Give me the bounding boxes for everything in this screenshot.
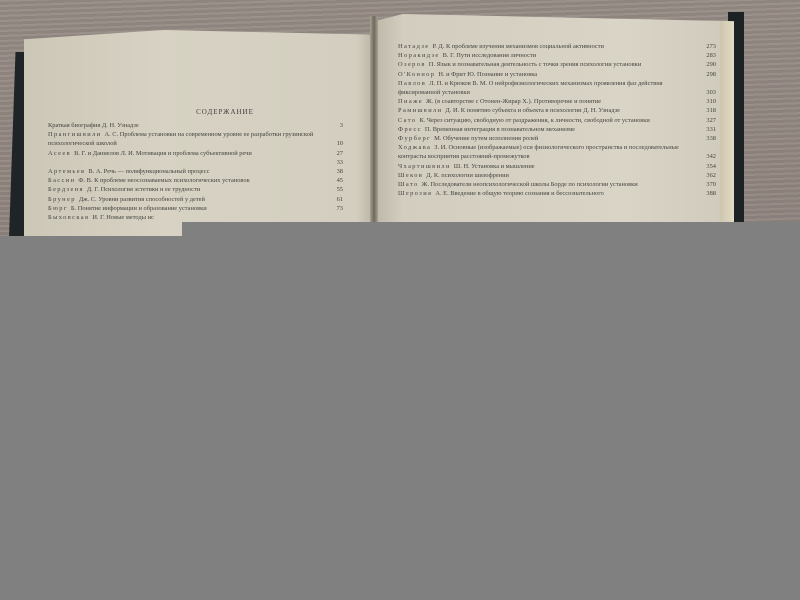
- toc-entry-page: 388: [700, 189, 716, 198]
- toc-entry-page: 331: [700, 125, 716, 134]
- toc-entry-page: 338: [700, 134, 716, 143]
- toc-entry-text: О'Коннор Н. и Фрит Ю. Познание и установ…: [398, 70, 700, 79]
- toc-entry-page: 298: [700, 70, 716, 79]
- toc-entry: Фурберг М. Обучение путем исполнения рол…: [398, 134, 716, 143]
- toc-entry-page: 303: [700, 88, 716, 97]
- toc-entry-text: Сато К. Через ситуацию, свободную от раз…: [398, 116, 700, 125]
- toc-entry-text: Быховская И. Г. Новые методы ис: [48, 213, 327, 222]
- toc-entry-author: Фурберг: [398, 135, 434, 142]
- toc-entry-author: Шерозия: [398, 190, 435, 197]
- toc-entry-page: 273: [700, 42, 716, 51]
- toc-entry-author: Ходжава: [398, 144, 434, 151]
- toc-entry-author: Павлов: [398, 80, 429, 87]
- toc-entry: Натадзе Р. Д. К проблеме изучения механи…: [398, 42, 716, 51]
- toc-entry: Норакидзе В. Г. Пути исследования личнос…: [398, 51, 716, 60]
- toc-entry: Бердзеня Д. Г. Психология эстетики и ее …: [48, 185, 343, 194]
- toc-entry-author: О'Коннор: [398, 71, 438, 78]
- toc-entry-page: 362: [700, 171, 716, 180]
- toc-entry: Бюрг Б. Понятие информации и образование…: [48, 204, 343, 213]
- toc-entry-author: Норакидзе: [398, 52, 443, 59]
- toc-entry-text: Брунер Дж. С. Уровни развития способност…: [48, 195, 327, 204]
- toc-entry: Чхартишвили Ш. Н. Установка и мышление35…: [398, 162, 716, 171]
- toc-entry-text: Павлов Л. П. и Крюков В. М. О нейрофизио…: [398, 79, 700, 97]
- gray-overlay-block: [0, 236, 800, 600]
- toc-entry-page: 370: [700, 180, 716, 189]
- toc-entry-text: Прангишвили А. С. Проблема установки на …: [48, 130, 327, 148]
- toc-entry-page: 10: [327, 139, 343, 148]
- toc-entry: Шеков Д. К. психологии шизофрении362: [398, 171, 716, 180]
- toc-entry-page: 38: [327, 167, 343, 176]
- toc-entry: Павлов Л. П. и Крюков В. М. О нейрофизио…: [398, 79, 716, 97]
- toc-entry-page: 73: [327, 204, 343, 213]
- toc-entry-text: Асеев В. Г. и Даниелов Л. И. Мотивация и…: [48, 149, 327, 158]
- toc-entry: Озеров П. Язык и познавательная деятельн…: [398, 60, 716, 69]
- toc-entry: Пиаже Ж. (в соавторстве с Отонен-Жирар Х…: [398, 97, 716, 106]
- toc-entry: Брунер Дж. С. Уровни развития способност…: [48, 195, 343, 204]
- toc-entry-author: Озеров: [398, 61, 429, 68]
- toc-entry-text: Норакидзе В. Г. Пути исследования личнос…: [398, 51, 700, 60]
- toc-entry-text: Рамишвили Д. И. К понятию субъекта и объ…: [398, 106, 700, 115]
- toc-entry-author: Бассин: [48, 177, 78, 184]
- toc-entry: 33: [48, 158, 343, 167]
- toc-entry: Артемьев В. А. Речь — полифункциональный…: [48, 167, 343, 176]
- toc-entry-text: Бюрг Б. Понятие информации и образование…: [48, 204, 327, 213]
- toc-entry-page: 310: [700, 97, 716, 106]
- toc-entry: Шато Ж. Последователи неопсихологической…: [398, 180, 716, 189]
- toc-entry-author: Асеев: [48, 150, 74, 157]
- toc-entry-page: 55: [327, 185, 343, 194]
- toc-entry-author: Бердзеня: [48, 186, 87, 193]
- toc-entry: Прангишвили А. С. Проблема установки на …: [48, 130, 343, 148]
- toc-entry-author: Артемьев: [48, 168, 88, 175]
- toc-entry-text: Краткая биография Д. Н. Узнадзе: [48, 121, 327, 130]
- toc-entry: Фресс П. Временная интеграция в познават…: [398, 125, 716, 134]
- toc-entry-text: Пиаже Ж. (в соавторстве с Отонен-Жирар Х…: [398, 97, 700, 106]
- toc-left-list: Краткая биография Д. Н. Узнадзе3Прангишв…: [48, 121, 343, 222]
- toc-entry-text: Ходжава З. И. Основные (изображаемые) ос…: [398, 143, 700, 161]
- toc-entry-author: Фресс: [398, 126, 425, 133]
- toc-entry-author: Брунер: [48, 196, 79, 203]
- toc-entry-text: Бердзеня Д. Г. Психология эстетики и ее …: [48, 185, 327, 194]
- toc-entry-text: Бассин Ф. В. К проблеме неосознаваемых п…: [48, 176, 327, 185]
- toc-entry-text: Озеров П. Язык и познавательная деятельн…: [398, 60, 700, 69]
- book-gutter: [370, 16, 378, 246]
- toc-entry: Бассин Ф. В. К проблеме неосознаваемых п…: [48, 176, 343, 185]
- toc-entry-text: Шеков Д. К. психологии шизофрении: [398, 171, 700, 180]
- toc-entry-text: Натадзе Р. Д. К проблеме изучения механи…: [398, 42, 700, 51]
- toc-entry-page: 33: [327, 158, 343, 167]
- toc-entry: Шерозия А. Е. Введение в общую теорию со…: [398, 189, 716, 198]
- toc-entry-author: Сато: [398, 117, 419, 124]
- toc-entry-author: Шеков: [398, 172, 426, 179]
- toc-entry-page: 318: [700, 106, 716, 115]
- toc-entry-page: 61: [327, 195, 343, 204]
- toc-entry-text: Артемьев В. А. Речь — полифункциональный…: [48, 167, 327, 176]
- toc-entry-page: 342: [700, 152, 716, 161]
- page-edges: [720, 14, 734, 254]
- toc-entry-text: Фурберг М. Обучение путем исполнения рол…: [398, 134, 700, 143]
- toc-entry-page: 283: [700, 51, 716, 60]
- toc-entry-page: 354: [700, 162, 716, 171]
- toc-entry-text: Чхартишвили Ш. Н. Установка и мышление: [398, 162, 700, 171]
- toc-entry-text: Шерозия А. Е. Введение в общую теорию со…: [398, 189, 700, 198]
- toc-entry-author: Чхартишвили: [398, 163, 454, 170]
- toc-entry: Сато К. Через ситуацию, свободную от раз…: [398, 116, 716, 125]
- toc-entry: Краткая биография Д. Н. Узнадзе3: [48, 121, 343, 130]
- toc-entry-page: 45: [327, 176, 343, 185]
- toc-entry: Рамишвили Д. И. К понятию субъекта и объ…: [398, 106, 716, 115]
- toc-entry-page: 290: [700, 60, 716, 69]
- toc-entry-text: Шато Ж. Последователи неопсихологической…: [398, 180, 700, 189]
- toc-entry: О'Коннор Н. и Фрит Ю. Познание и установ…: [398, 70, 716, 79]
- toc-right-list: Натадзе Р. Д. К проблеме изучения механи…: [398, 42, 716, 198]
- toc-entry-author: Быховская: [48, 214, 92, 221]
- toc-title: СОДЕРЖАНИЕ: [150, 108, 300, 116]
- toc-entry-author: Прангишвили: [48, 131, 104, 138]
- toc-entry-text: Фресс П. Временная интеграция в познават…: [398, 125, 700, 134]
- toc-entry-author: Бюрг: [48, 205, 71, 212]
- toc-entry-author: Рамишвили: [398, 107, 445, 114]
- toc-entry-author: Пиаже: [398, 98, 426, 105]
- toc-entry-page: 27: [327, 149, 343, 158]
- toc-entry: Ходжава З. И. Основные (изображаемые) ос…: [398, 143, 716, 161]
- toc-entry-author: Натадзе: [398, 43, 432, 50]
- toc-entry-author: Шато: [398, 181, 422, 188]
- toc-entry-page: 3: [327, 121, 343, 130]
- toc-entry-page: 327: [700, 116, 716, 125]
- toc-entry: Быховская И. Г. Новые методы ис: [48, 213, 343, 222]
- toc-entry: Асеев В. Г. и Даниелов Л. И. Мотивация и…: [48, 149, 343, 158]
